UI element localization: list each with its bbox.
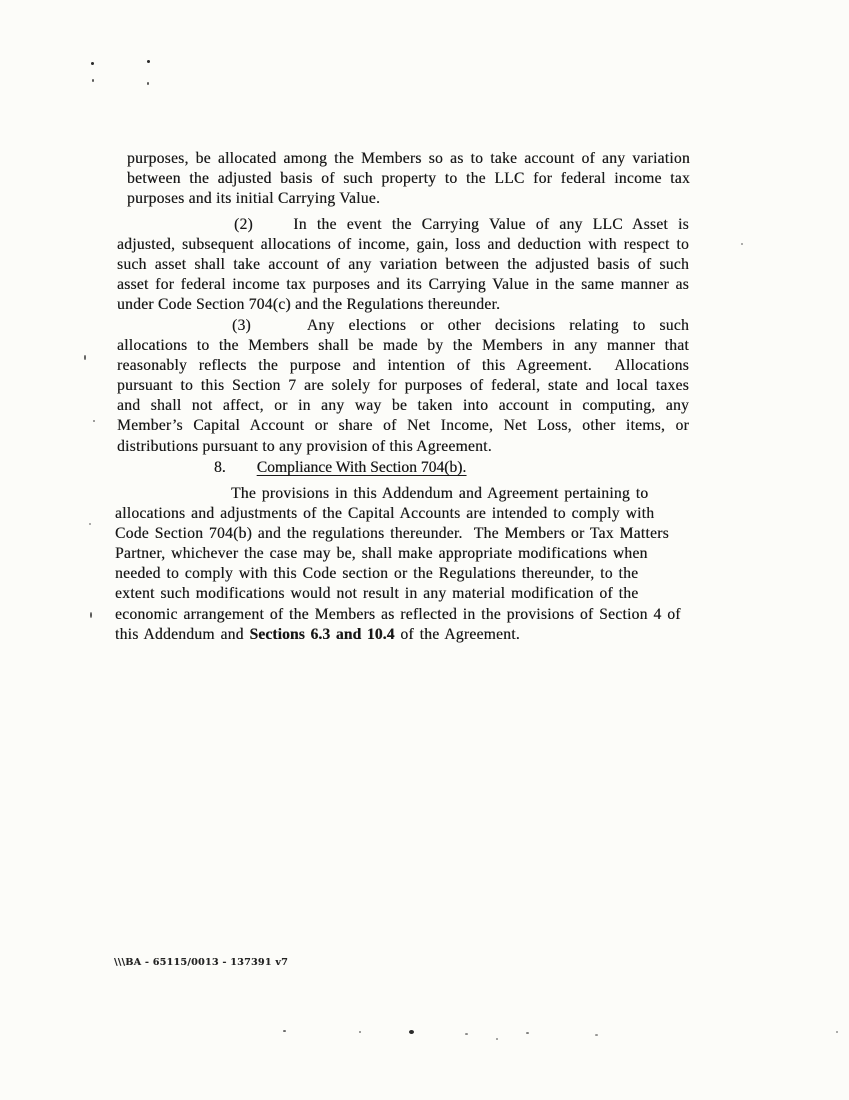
text-line: (2) In the event the Carrying Value of a… bbox=[117, 215, 689, 235]
text-segment: this Addendum and bbox=[115, 626, 249, 643]
scanned-document-page: The provisions in this Addendum and Agre… bbox=[0, 0, 849, 1100]
text-line: between the adjusted basis of such prope… bbox=[127, 169, 690, 189]
text-line: Code Section 704(b) and the regulations … bbox=[115, 524, 691, 544]
para-8-body: The provisions in this Addendum and Agre… bbox=[115, 484, 691, 645]
text-line: pursuant to this Section 7 are solely fo… bbox=[117, 376, 689, 396]
text-line: asset for federal income tax purposes an… bbox=[117, 275, 689, 295]
section-number: 8. bbox=[117, 458, 226, 478]
scan-speck bbox=[147, 82, 149, 85]
text-line: under Code Section 704(c) and the Regula… bbox=[117, 295, 689, 315]
scan-speck bbox=[147, 60, 150, 63]
para-3: (3) Any elections or other decisions rel… bbox=[117, 316, 689, 457]
scan-speck bbox=[409, 1030, 414, 1034]
text-line: allocations and adjustments of the Capit… bbox=[115, 504, 691, 524]
scan-speck bbox=[595, 1034, 598, 1036]
scan-speck bbox=[526, 1032, 529, 1034]
scan-speck bbox=[496, 1038, 498, 1040]
text-line: needed to comply with this Code section … bbox=[115, 564, 691, 584]
scan-speck bbox=[91, 62, 94, 65]
scan-speck bbox=[84, 355, 86, 360]
text-line: extent such modifications would not resu… bbox=[115, 584, 691, 604]
text-line: adjusted, subsequent allocations of inco… bbox=[117, 235, 689, 255]
text-line: reasonably reflects the purpose and inte… bbox=[117, 356, 689, 376]
text-line: (3) Any elections or other decisions rel… bbox=[117, 316, 689, 336]
section-heading: 8.Compliance With Section 704(b). bbox=[117, 458, 466, 478]
scan-speck bbox=[359, 1031, 361, 1033]
text-line: this Addendum and Sections 6.3 and 10.4 … bbox=[115, 625, 691, 645]
text-line: Member’s Capital Account or share of Net… bbox=[117, 416, 689, 436]
scan-speck bbox=[92, 79, 94, 82]
scan-speck bbox=[89, 523, 91, 525]
text-line: and shall not affect, or in any way be t… bbox=[117, 396, 689, 416]
scan-speck bbox=[90, 612, 92, 618]
text-line: purposes and its initial Carrying Value. bbox=[127, 189, 690, 209]
para-continuation: purposes, be allocated among the Members… bbox=[127, 149, 690, 209]
section-title: Compliance With Section 704(b). bbox=[257, 459, 467, 476]
document-control-number: \\\BA - 65115/0013 - 137391 v7 bbox=[114, 957, 288, 968]
scan-speck bbox=[352, 196, 354, 198]
text-line: The provisions in this Addendum and Agre… bbox=[115, 484, 691, 504]
scan-speck bbox=[741, 243, 743, 245]
text-line: economic arrangement of the Members as r… bbox=[115, 605, 691, 625]
scan-speck bbox=[93, 420, 95, 422]
text-line: purposes, be allocated among the Members… bbox=[127, 149, 690, 169]
text-line: Partner, whichever the case may be, shal… bbox=[115, 544, 691, 564]
text-line: allocations to the Members shall be made… bbox=[117, 336, 689, 356]
scan-speck bbox=[283, 1030, 286, 1032]
scan-speck bbox=[836, 1031, 838, 1033]
text-line: such asset shall take account of any var… bbox=[117, 255, 689, 275]
para-2: (2) In the event the Carrying Value of a… bbox=[117, 215, 689, 315]
text-line: distributions pursuant to any provision … bbox=[117, 437, 689, 457]
scan-speck bbox=[465, 1033, 468, 1035]
text-segment: of the Agreement. bbox=[395, 626, 520, 643]
bold-text: Sections 6.3 and 10.4 bbox=[249, 626, 394, 643]
